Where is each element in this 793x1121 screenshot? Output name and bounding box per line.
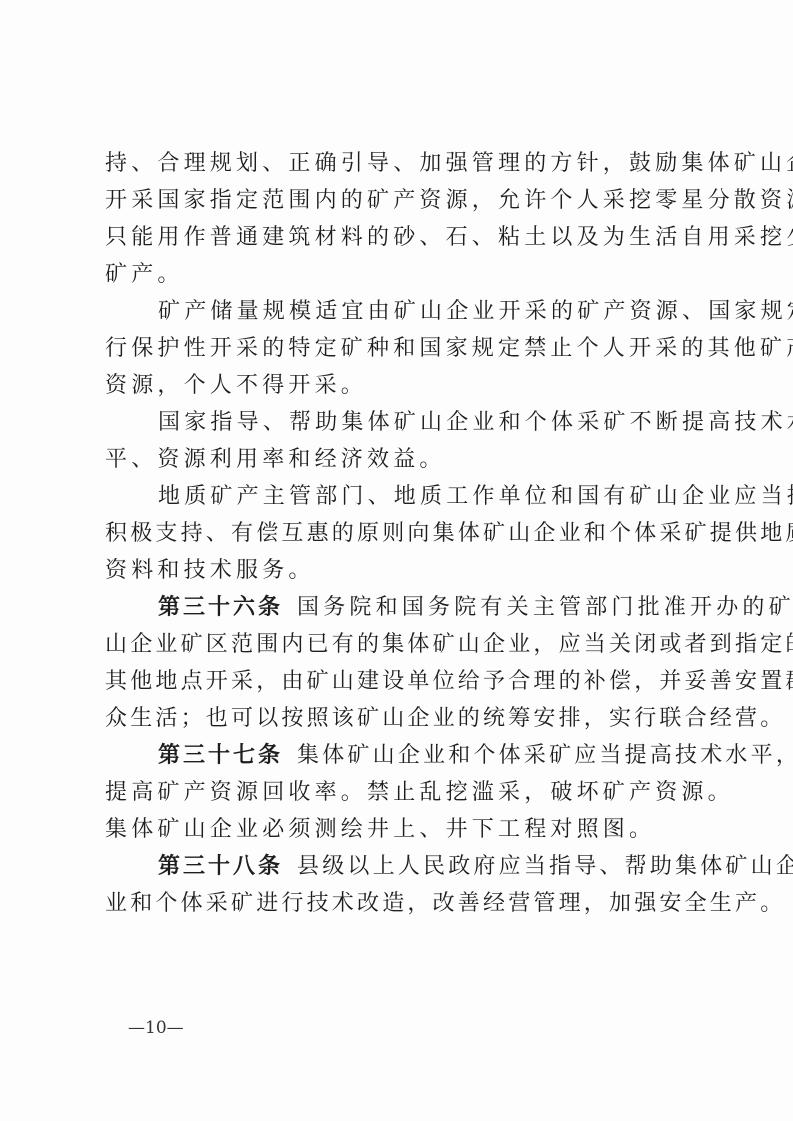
text-line: 平、资源利用率和经济效益。 xyxy=(105,441,695,478)
article-text: 集体矿山企业和个体采矿应当提高技术水平， xyxy=(297,743,793,768)
text-line: 矿产。 xyxy=(105,256,695,293)
text-line: 资源，个人不得开采。 xyxy=(105,367,695,404)
text-line: 持、合理规划、正确引导、加强管理的方针，鼓励集体矿山企业 xyxy=(105,145,695,182)
text-line: 开采国家指定范围内的矿产资源，允许个人采挖零星分散资源和 xyxy=(105,182,695,219)
document-page: 持、合理规划、正确引导、加强管理的方针，鼓励集体矿山企业 开采国家指定范围内的矿… xyxy=(0,0,793,1121)
text-line: 国家指导、帮助集体矿山企业和个体采矿不断提高技术水 xyxy=(105,404,695,441)
text-line: 矿产储量规模适宜由矿山企业开采的矿产资源、国家规定实 xyxy=(105,293,695,330)
text-line: 其他地点开采，由矿山建设单位给予合理的补偿，并妥善安置群 xyxy=(105,663,695,700)
text-line: 行保护性开采的特定矿种和国家规定禁止个人开采的其他矿产 xyxy=(105,330,695,367)
page-number: —10— xyxy=(128,1018,184,1038)
text-line: 业和个体采矿进行技术改造，改善经营管理，加强安全生产。 xyxy=(105,885,695,922)
article-37-first-line: 第三十七条集体矿山企业和个体采矿应当提高技术水平， xyxy=(105,737,695,774)
text-line: 众生活；也可以按照该矿山企业的统筹安排，实行联合经营。 xyxy=(105,700,695,737)
article-number: 第三十八条 xyxy=(158,854,283,879)
text-line: 只能用作普通建筑材料的砂、石、粘土以及为生活自用采挖少量 xyxy=(105,219,695,256)
text-line: 地质矿产主管部门、地质工作单位和国有矿山企业应当按照 xyxy=(105,478,695,515)
article-text: 县级以上人民政府应当指导、帮助集体矿山企 xyxy=(297,854,793,879)
text-line: 集体矿山企业必须测绘井上、井下工程对照图。 xyxy=(105,811,695,848)
text-line: 提高矿产资源回收率。禁止乱挖滥采，破坏矿产资源。 xyxy=(105,774,695,811)
text-line: 积极支持、有偿互惠的原则向集体矿山企业和个体采矿提供地质 xyxy=(105,515,695,552)
article-number: 第三十七条 xyxy=(158,743,283,768)
article-36-first-line: 第三十六条国务院和国务院有关主管部门批准开办的矿 xyxy=(105,589,695,626)
document-body: 持、合理规划、正确引导、加强管理的方针，鼓励集体矿山企业 开采国家指定范围内的矿… xyxy=(105,145,695,922)
article-text: 国务院和国务院有关主管部门批准开办的矿 xyxy=(297,595,793,620)
text-line: 资料和技术服务。 xyxy=(105,552,695,589)
text-line: 山企业矿区范围内已有的集体矿山企业，应当关闭或者到指定的 xyxy=(105,626,695,663)
article-number: 第三十六条 xyxy=(158,595,283,620)
article-38-first-line: 第三十八条县级以上人民政府应当指导、帮助集体矿山企 xyxy=(105,848,695,885)
